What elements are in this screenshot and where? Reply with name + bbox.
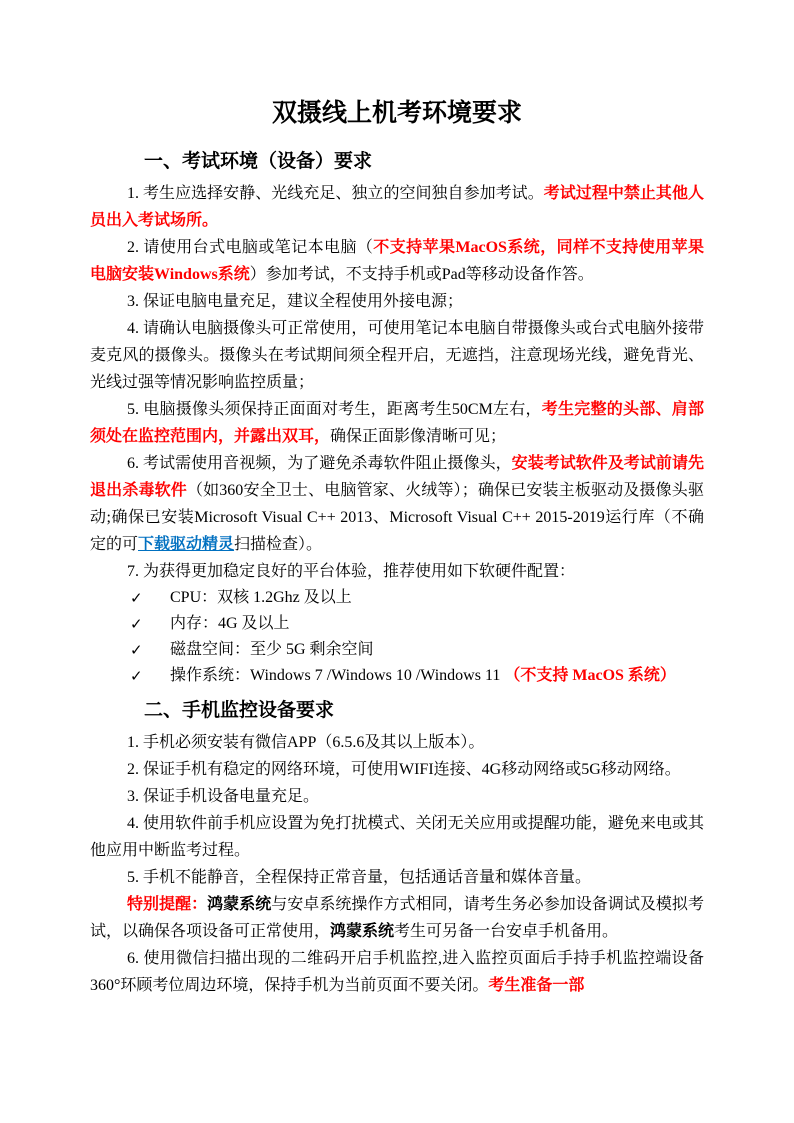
text-run: 3. 保证手机设备电量充足。 xyxy=(127,788,319,805)
s1-paragraph-1: 1. 考生应选择安静、光线充足、独立的空间独自参加考试。考试过程中禁止其他人员出… xyxy=(90,180,704,234)
check-icon: ✓ xyxy=(130,663,143,689)
s2-paragraph-6: 6. 使用微信扫描出现的二维码开启手机监控,进入监控页面后手持手机监控端设备36… xyxy=(90,945,704,999)
text-run: 3. 保证电脑电量充足，建议全程使用外接电源； xyxy=(127,293,463,310)
document-page: 双摄线上机考环境要求 一、考试环境（设备）要求 1. 考生应选择安静、光线充足、… xyxy=(0,0,794,1123)
checklist-item-cpu: ✓CPU：双核 1.2Ghz 及以上 xyxy=(90,585,704,611)
s2-paragraph-3: 3. 保证手机设备电量充足。 xyxy=(90,783,704,810)
checklist-item-os: ✓操作系统：Windows 7 /Windows 10 /Windows 11 … xyxy=(90,663,704,689)
check-icon: ✓ xyxy=(130,637,143,663)
s2-paragraph-1: 1. 手机必须安装有微信APP（6.5.6及其以上版本）。 xyxy=(90,729,704,756)
check-icon: ✓ xyxy=(130,611,143,637)
check-icon: ✓ xyxy=(130,585,143,611)
text-run: 磁盘空间：至少 5G 剩余空间 xyxy=(170,641,374,658)
s1-paragraph-5: 5. 电脑摄像头须保持正面面对考生，距离考生50CM左右，考生完整的头部、肩部须… xyxy=(90,396,704,450)
text-run: 操作系统：Windows 7 /Windows 10 /Windows 11 xyxy=(170,667,504,684)
bold-run: 鸿蒙系统 xyxy=(207,896,271,913)
text-run: 5. 电脑摄像头须保持正面面对考生，距离考生50CM左右， xyxy=(127,401,542,418)
text-run: 1. 手机必须安装有微信APP（6.5.6及其以上版本）。 xyxy=(127,734,484,751)
text-run: 内存：4G 及以上 xyxy=(170,615,290,632)
text-run: 6. 使用微信扫描出现的二维码开启手机监控,进入监控页面后手持手机监控端设备36… xyxy=(90,950,704,994)
text-run: 2. 保证手机有稳定的网络环境，可使用WIFI连接、4G移动网络或5G移动网络。 xyxy=(127,761,681,778)
s2-special-reminder: 特别提醒：鸿蒙系统与安卓系统操作方式相同，请考生务必参加设备调试及模拟考试，以确… xyxy=(90,891,704,945)
checklist-item-disk: ✓磁盘空间：至少 5G 剩余空间 xyxy=(90,637,704,663)
checklist-item-memory: ✓内存：4G 及以上 xyxy=(90,611,704,637)
section-2-heading: 二、手机监控设备要求 xyxy=(90,695,704,725)
section-1-heading: 一、考试环境（设备）要求 xyxy=(90,146,704,176)
s2-paragraph-5: 5. 手机不能静音，全程保持正常音量，包括通话音量和媒体音量。 xyxy=(90,864,704,891)
text-run: 7. 为获得更加稳定良好的平台体验，推荐使用如下软硬件配置： xyxy=(127,563,575,580)
text-run: 扫描检查）。 xyxy=(234,536,322,553)
red-emphasis-run: 考生准备一部 xyxy=(488,977,584,994)
s2-paragraph-2: 2. 保证手机有稳定的网络环境，可使用WIFI连接、4G移动网络或5G移动网络。 xyxy=(90,756,704,783)
text-run: CPU：双核 1.2Ghz 及以上 xyxy=(170,589,352,606)
text-run: 考生可另备一台安卓手机备用。 xyxy=(394,923,618,940)
text-run: 确保正面影像清晰可见； xyxy=(330,428,506,445)
text-run: 4. 请确认电脑摄像头可正常使用，可使用笔记本电脑自带摄像头或台式电脑外接带麦克… xyxy=(90,320,704,391)
text-run: 2. 请使用台式电脑或笔记本电脑（ xyxy=(127,239,373,256)
s1-paragraph-3: 3. 保证电脑电量充足，建议全程使用外接电源； xyxy=(90,288,704,315)
s1-paragraph-7: 7. 为获得更加稳定良好的平台体验，推荐使用如下软硬件配置： xyxy=(90,558,704,585)
red-emphasis-run: （不支持 MacOS 系统） xyxy=(504,667,676,684)
s2-paragraph-4: 4. 使用软件前手机应设置为免打扰模式、关闭无关应用或提醒功能，避免来电或其他应… xyxy=(90,810,704,864)
s1-paragraph-6: 6. 考试需使用音视频，为了避免杀毒软件阻止摄像头，安装考试软件及考试前请先退出… xyxy=(90,450,704,558)
text-run: 4. 使用软件前手机应设置为免打扰模式、关闭无关应用或提醒功能，避免来电或其他应… xyxy=(90,815,704,859)
document-title: 双摄线上机考环境要求 xyxy=(90,96,704,130)
driver-genius-link[interactable]: 下载驱动精灵 xyxy=(138,536,234,553)
text-run: 6. 考试需使用音视频，为了避免杀毒软件阻止摄像头， xyxy=(127,455,512,472)
s1-paragraph-4: 4. 请确认电脑摄像头可正常使用，可使用笔记本电脑自带摄像头或台式电脑外接带麦克… xyxy=(90,315,704,396)
s1-paragraph-2: 2. 请使用台式电脑或笔记本电脑（不支持苹果MacOS系统，同样不支持使用苹果电… xyxy=(90,234,704,288)
text-run: 5. 手机不能静音，全程保持正常音量，包括通话音量和媒体音量。 xyxy=(127,869,591,886)
text-run: ）参加考试，不支持手机或Pad等移动设备作答。 xyxy=(250,266,594,283)
hardware-checklist: ✓CPU：双核 1.2Ghz 及以上 ✓内存：4G 及以上 ✓磁盘空间：至少 5… xyxy=(90,585,704,689)
text-run: 1. 考生应选择安静、光线充足、独立的空间独自参加考试。 xyxy=(127,185,544,202)
bold-run: 鸿蒙系统 xyxy=(330,923,394,940)
red-emphasis-run: 特别提醒： xyxy=(127,896,207,913)
